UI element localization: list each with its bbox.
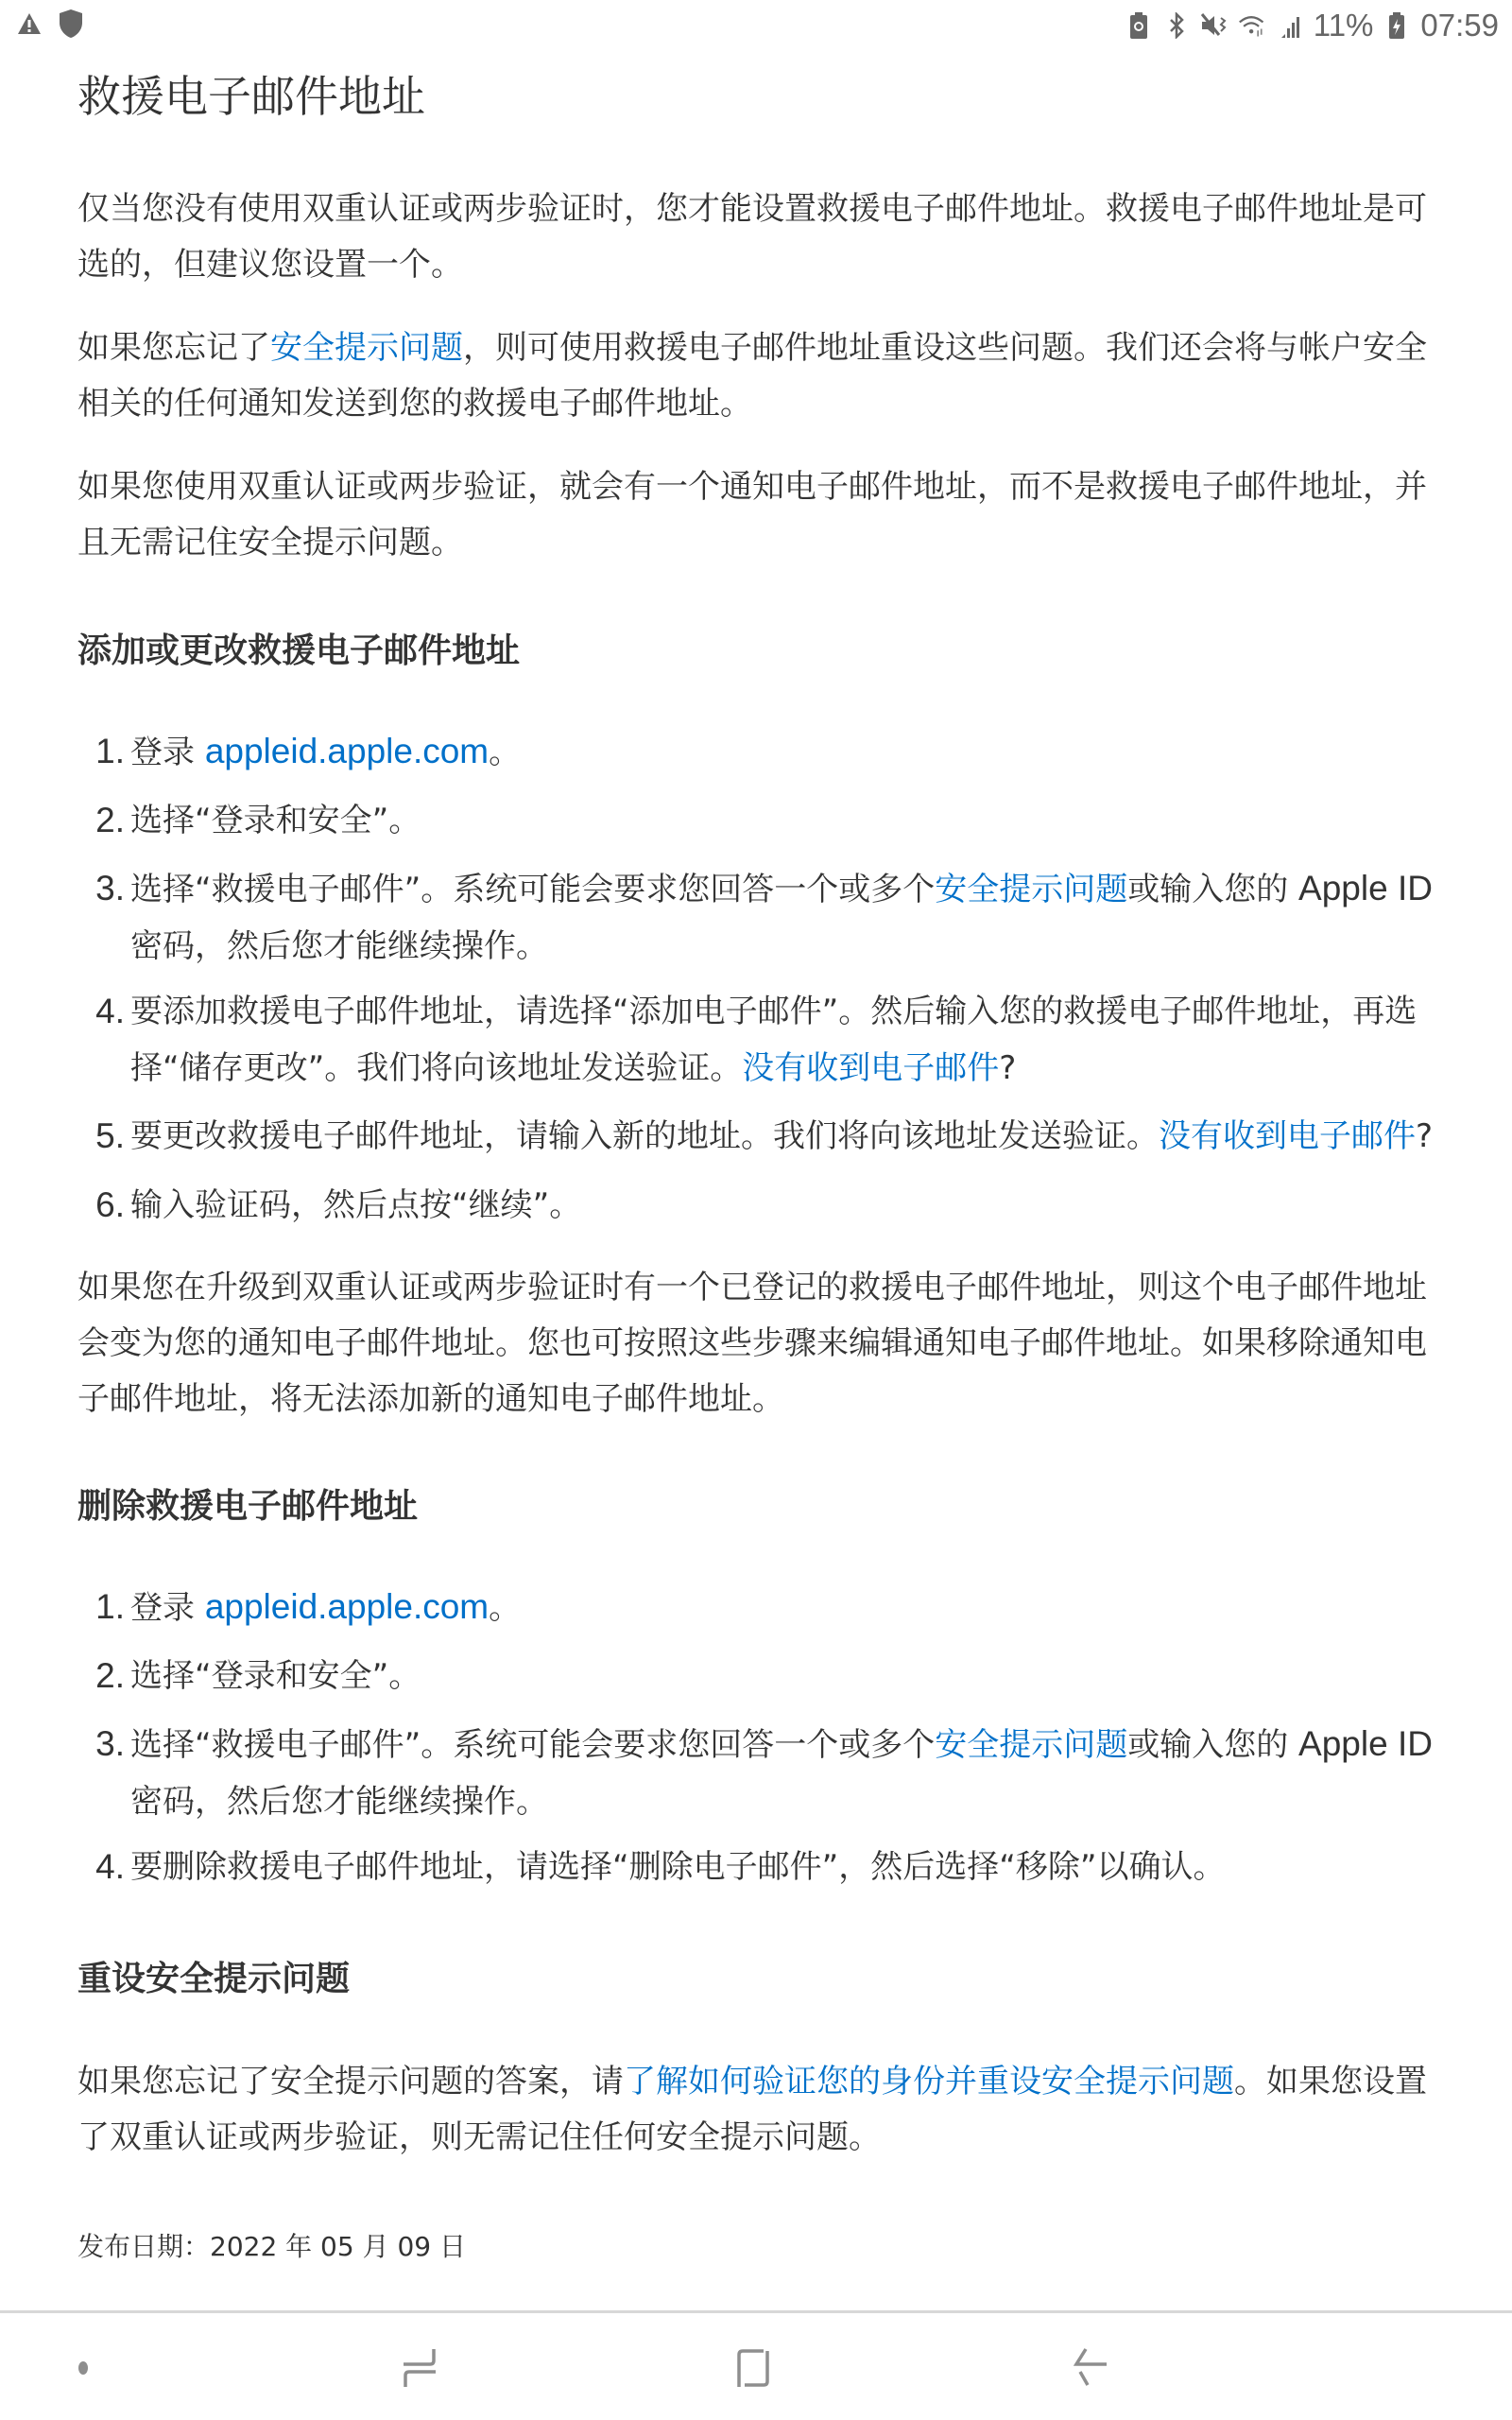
add-step-4: 4.要添加救援电子邮件地址，请选择“添加电子邮件”。然后输入您的救援电子邮件地址…: [77, 983, 1438, 1097]
section-heading-add: 添加或更改救援电子邮件地址: [77, 624, 520, 672]
no-email-received-link[interactable]: 没有收到电子邮件: [1159, 1117, 1416, 1155]
step-text: 选择“登录和安全”。: [130, 1657, 421, 1695]
notification-email-note: 如果您在升级到双重认证或两步验证时有一个已登记的救援电子邮件地址，则这个电子邮件…: [77, 1260, 1438, 1427]
battery-saver-icon: [1125, 11, 1153, 40]
intro-paragraph-1: 仅当您没有使用双重认证或两步验证时，您才能设置救援电子邮件地址。救援电子邮件地址…: [77, 181, 1438, 293]
delete-step-1: 1.登录 appleid.apple.com。: [77, 1579, 1438, 1636]
vibrate-mute-icon: [1200, 11, 1228, 40]
add-step-5: 5.要更改救援电子邮件地址，请输入新的地址。我们将向该地址发送验证。没有收到电子…: [77, 1108, 1438, 1165]
no-email-received-link[interactable]: 没有收到电子邮件: [742, 1049, 999, 1087]
step-text: 或输入您的: [1127, 871, 1298, 908]
step-number: 4.: [87, 983, 125, 1040]
step-text: 密码，然后您才能继续操作。: [130, 1783, 548, 1821]
add-step-3: 3.选择“救援电子邮件”。系统可能会要求您回答一个或多个安全提示问题或输入您的 …: [77, 860, 1438, 975]
step-text: 。: [489, 734, 521, 771]
published-date: 发布日期：2022 年 05 月 09 日: [77, 2226, 466, 2264]
apple-id-text: Apple ID: [1298, 1724, 1433, 1763]
step-number: 3.: [87, 1716, 125, 1772]
step-number: 3.: [87, 860, 125, 917]
clock: 07:59: [1420, 8, 1499, 43]
step-text: 。: [489, 1589, 521, 1627]
page-title: 救援电子邮件地址: [77, 62, 425, 125]
back-button[interactable]: [1035, 2313, 1148, 2420]
apple-id-text: Apple ID: [1298, 869, 1433, 907]
dot-icon: [77, 2360, 90, 2376]
recents-icon: [402, 2347, 439, 2389]
home-icon: [735, 2347, 773, 2389]
security-questions-link[interactable]: 安全提示问题: [935, 1726, 1127, 1764]
wifi-icon: [1238, 11, 1266, 40]
section-heading-delete: 删除救援电子邮件地址: [77, 1479, 418, 1528]
appleid-link[interactable]: appleid.apple.com: [205, 732, 489, 770]
step-number: 2.: [87, 792, 125, 849]
add-step-1: 1.登录 appleid.apple.com。: [77, 723, 1438, 781]
intro-paragraph-3: 如果您使用双重认证或两步验证，就会有一个通知电子邮件地址，而不是救援电子邮件地址…: [77, 459, 1438, 571]
step-text: 或输入您的: [1127, 1726, 1298, 1764]
back-icon: [1073, 2347, 1110, 2389]
shield-icon: [57, 9, 85, 38]
step-text: 要更改救援电子邮件地址，请输入新的地址。我们将向该地址发送验证。: [130, 1117, 1159, 1155]
step-number: 2.: [87, 1648, 125, 1704]
step-text: ?: [1416, 1117, 1433, 1155]
security-questions-link[interactable]: 安全提示问题: [270, 329, 463, 367]
step-text: 选择“救援电子邮件”。系统可能会要求您回答一个或多个: [130, 871, 935, 908]
signal-icon: [1276, 11, 1304, 40]
step-text: 登录: [130, 734, 205, 771]
verify-identity-link[interactable]: 了解如何验证您的身份并重设安全提示问题: [624, 2063, 1234, 2100]
step-number: 1.: [87, 723, 125, 780]
recents-button[interactable]: [364, 2313, 477, 2420]
step-number: 5.: [87, 1108, 125, 1165]
step-number: 1.: [87, 1579, 125, 1635]
add-step-2: 2.选择“登录和安全”。: [77, 792, 1438, 849]
add-step-6: 6.输入验证码，然后点按“继续”。: [77, 1177, 1438, 1234]
delete-step-2: 2.选择“登录和安全”。: [77, 1648, 1438, 1704]
assistant-button[interactable]: [26, 2313, 140, 2420]
warning-icon: [15, 9, 43, 38]
step-number: 4.: [87, 1839, 125, 1895]
appleid-link[interactable]: appleid.apple.com: [205, 1587, 489, 1626]
intro-paragraph-2: 如果您忘记了安全提示问题，则可使用救援电子邮件地址重设这些问题。我们还会将与帐户…: [77, 320, 1438, 432]
navigation-bar: [0, 2310, 1512, 2420]
security-questions-link[interactable]: 安全提示问题: [935, 871, 1127, 908]
step-text: 登录: [130, 1589, 205, 1627]
reset-paragraph: 如果您忘记了安全提示问题的答案，请了解如何验证您的身份并重设安全提示问题。如果您…: [77, 2054, 1438, 2166]
section-heading-reset: 重设安全提示问题: [77, 1952, 350, 2000]
paragraph-text: 如果您忘记了安全提示问题的答案，请: [77, 2063, 624, 2100]
step-text: 选择“救援电子邮件”。系统可能会要求您回答一个或多个: [130, 1726, 935, 1764]
step-number: 6.: [87, 1177, 125, 1234]
battery-percent: 11%: [1314, 8, 1374, 43]
delete-step-4: 4.要删除救援电子邮件地址，请选择“删除电子邮件”，然后选择“移除”以确认。: [77, 1839, 1438, 1895]
status-bar: 11% 07:59: [0, 0, 1512, 53]
bluetooth-icon: [1162, 11, 1191, 40]
step-text: ?: [999, 1049, 1016, 1087]
paragraph-text: 如果您忘记了: [77, 329, 270, 367]
home-button[interactable]: [697, 2313, 811, 2420]
step-text: 要删除救援电子邮件地址，请选择“删除电子邮件”，然后选择“移除”以确认。: [130, 1848, 1225, 1886]
step-text: 密码，然后您才能继续操作。: [130, 927, 548, 965]
battery-charging-icon: [1383, 11, 1411, 40]
step-text: 选择“登录和安全”。: [130, 802, 421, 839]
delete-step-3: 3.选择“救援电子邮件”。系统可能会要求您回答一个或多个安全提示问题或输入您的 …: [77, 1716, 1438, 1830]
step-text: 输入验证码，然后点按“继续”。: [130, 1186, 581, 1224]
